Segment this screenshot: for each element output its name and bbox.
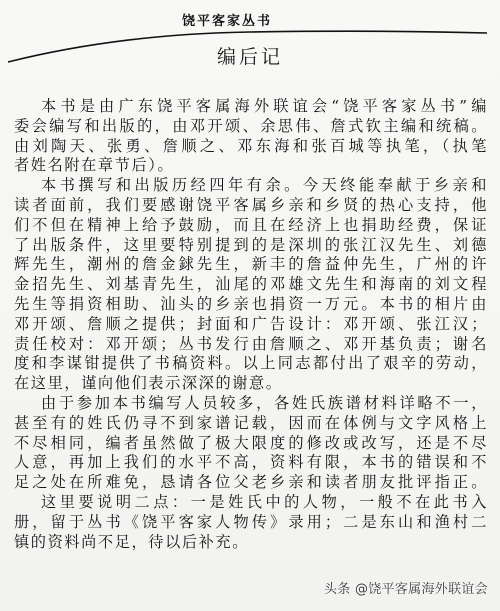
text-line: 这里要说明二点：一是姓氏中的人物，一般不在此书入 <box>14 493 488 513</box>
text-line: 者姓名附在章节后）。 <box>14 156 488 176</box>
text-line: 责任校对：邓开颂；丛书发行由詹顺之、邓开基负责；谢名 <box>14 335 488 355</box>
text-line: 册，留于丛书《饶平客家人物传》录用；二是东山和渔村二 <box>14 513 488 533</box>
text-line: 先生等捐资相助、汕头的乡亲也捐资一万元。本书的相片由 <box>14 295 488 315</box>
document-page: 饶平客家丛书 编后记 本书是由广东饶平客属海外联谊会“饶平客家丛书”编 委会编写… <box>0 0 500 611</box>
text-line: 本书是由广东饶平客属海外联谊会“饶平客家丛书”编 <box>14 97 488 117</box>
text-line: 由刘陶天、张勇、詹顺之、邓东海和张百城等执笔，（执笔 <box>14 137 488 157</box>
text-line: 辉先生，潮州的詹金銶先生，新丰的詹益仲先生，广州的许 <box>14 255 488 275</box>
text-line: 本书撰写和出版历经四年有余。今天终能奉献于乡亲和 <box>14 176 488 196</box>
text-line: 由于参加本书编写人员较多，各姓氏族谱材料详略不一， <box>14 394 488 414</box>
text-line: 邓开颂、詹顺之提供；封面和广告设计：邓开颂、张江汉； <box>14 315 488 335</box>
text-line: 委会编写和出版的，由邓开颂、余思伟、詹式钦主编和统稿。 <box>14 117 488 137</box>
body-text: 本书是由广东饶平客属海外联谊会“饶平客家丛书”编 委会编写和出版的，由邓开颂、余… <box>14 97 488 552</box>
text-line: 了出版条件，这里要特别提到的是深圳的张江汉先生、刘德 <box>14 236 488 256</box>
chapter-title: 编后记 <box>0 42 500 69</box>
text-line: 人意，再加上我们的水平不高，资料有限，本书的错误和不 <box>14 453 488 473</box>
text-line: 在这里，谨向他们表示深深的谢意。 <box>14 374 488 394</box>
text-line: 读者面前，我们要感谢饶平客属乡亲和乡贤的热心支持，他 <box>14 196 488 216</box>
series-title: 饶平客家丛书 <box>182 10 272 29</box>
text-line: 金招先生、刘基青先生，汕尾的邓雄文先生和海南的刘文程 <box>14 275 488 295</box>
text-line: 们不但在精神上给予鼓励，而且在经济上也捐助经费，保证 <box>14 216 488 236</box>
text-line: 不尽相同，编者虽然做了极大限度的修改或改写，还是不尽 <box>14 434 488 454</box>
text-line: 足之处在所难免，恳请各位父老乡亲和读者朋友批评指正。 <box>14 473 488 493</box>
text-line: 甚至有的姓氏仍寻不到家谱记载，因而在体例与文字风格上 <box>14 414 488 434</box>
watermark: 头条 @饶平客属海外联谊会 <box>324 578 488 597</box>
text-line: 度和李谋钳提供了书稿资料。以上同志都付出了艰辛的劳动， <box>14 354 488 374</box>
text-line: 镇的资料尚不足，待以后补充。 <box>14 533 488 553</box>
